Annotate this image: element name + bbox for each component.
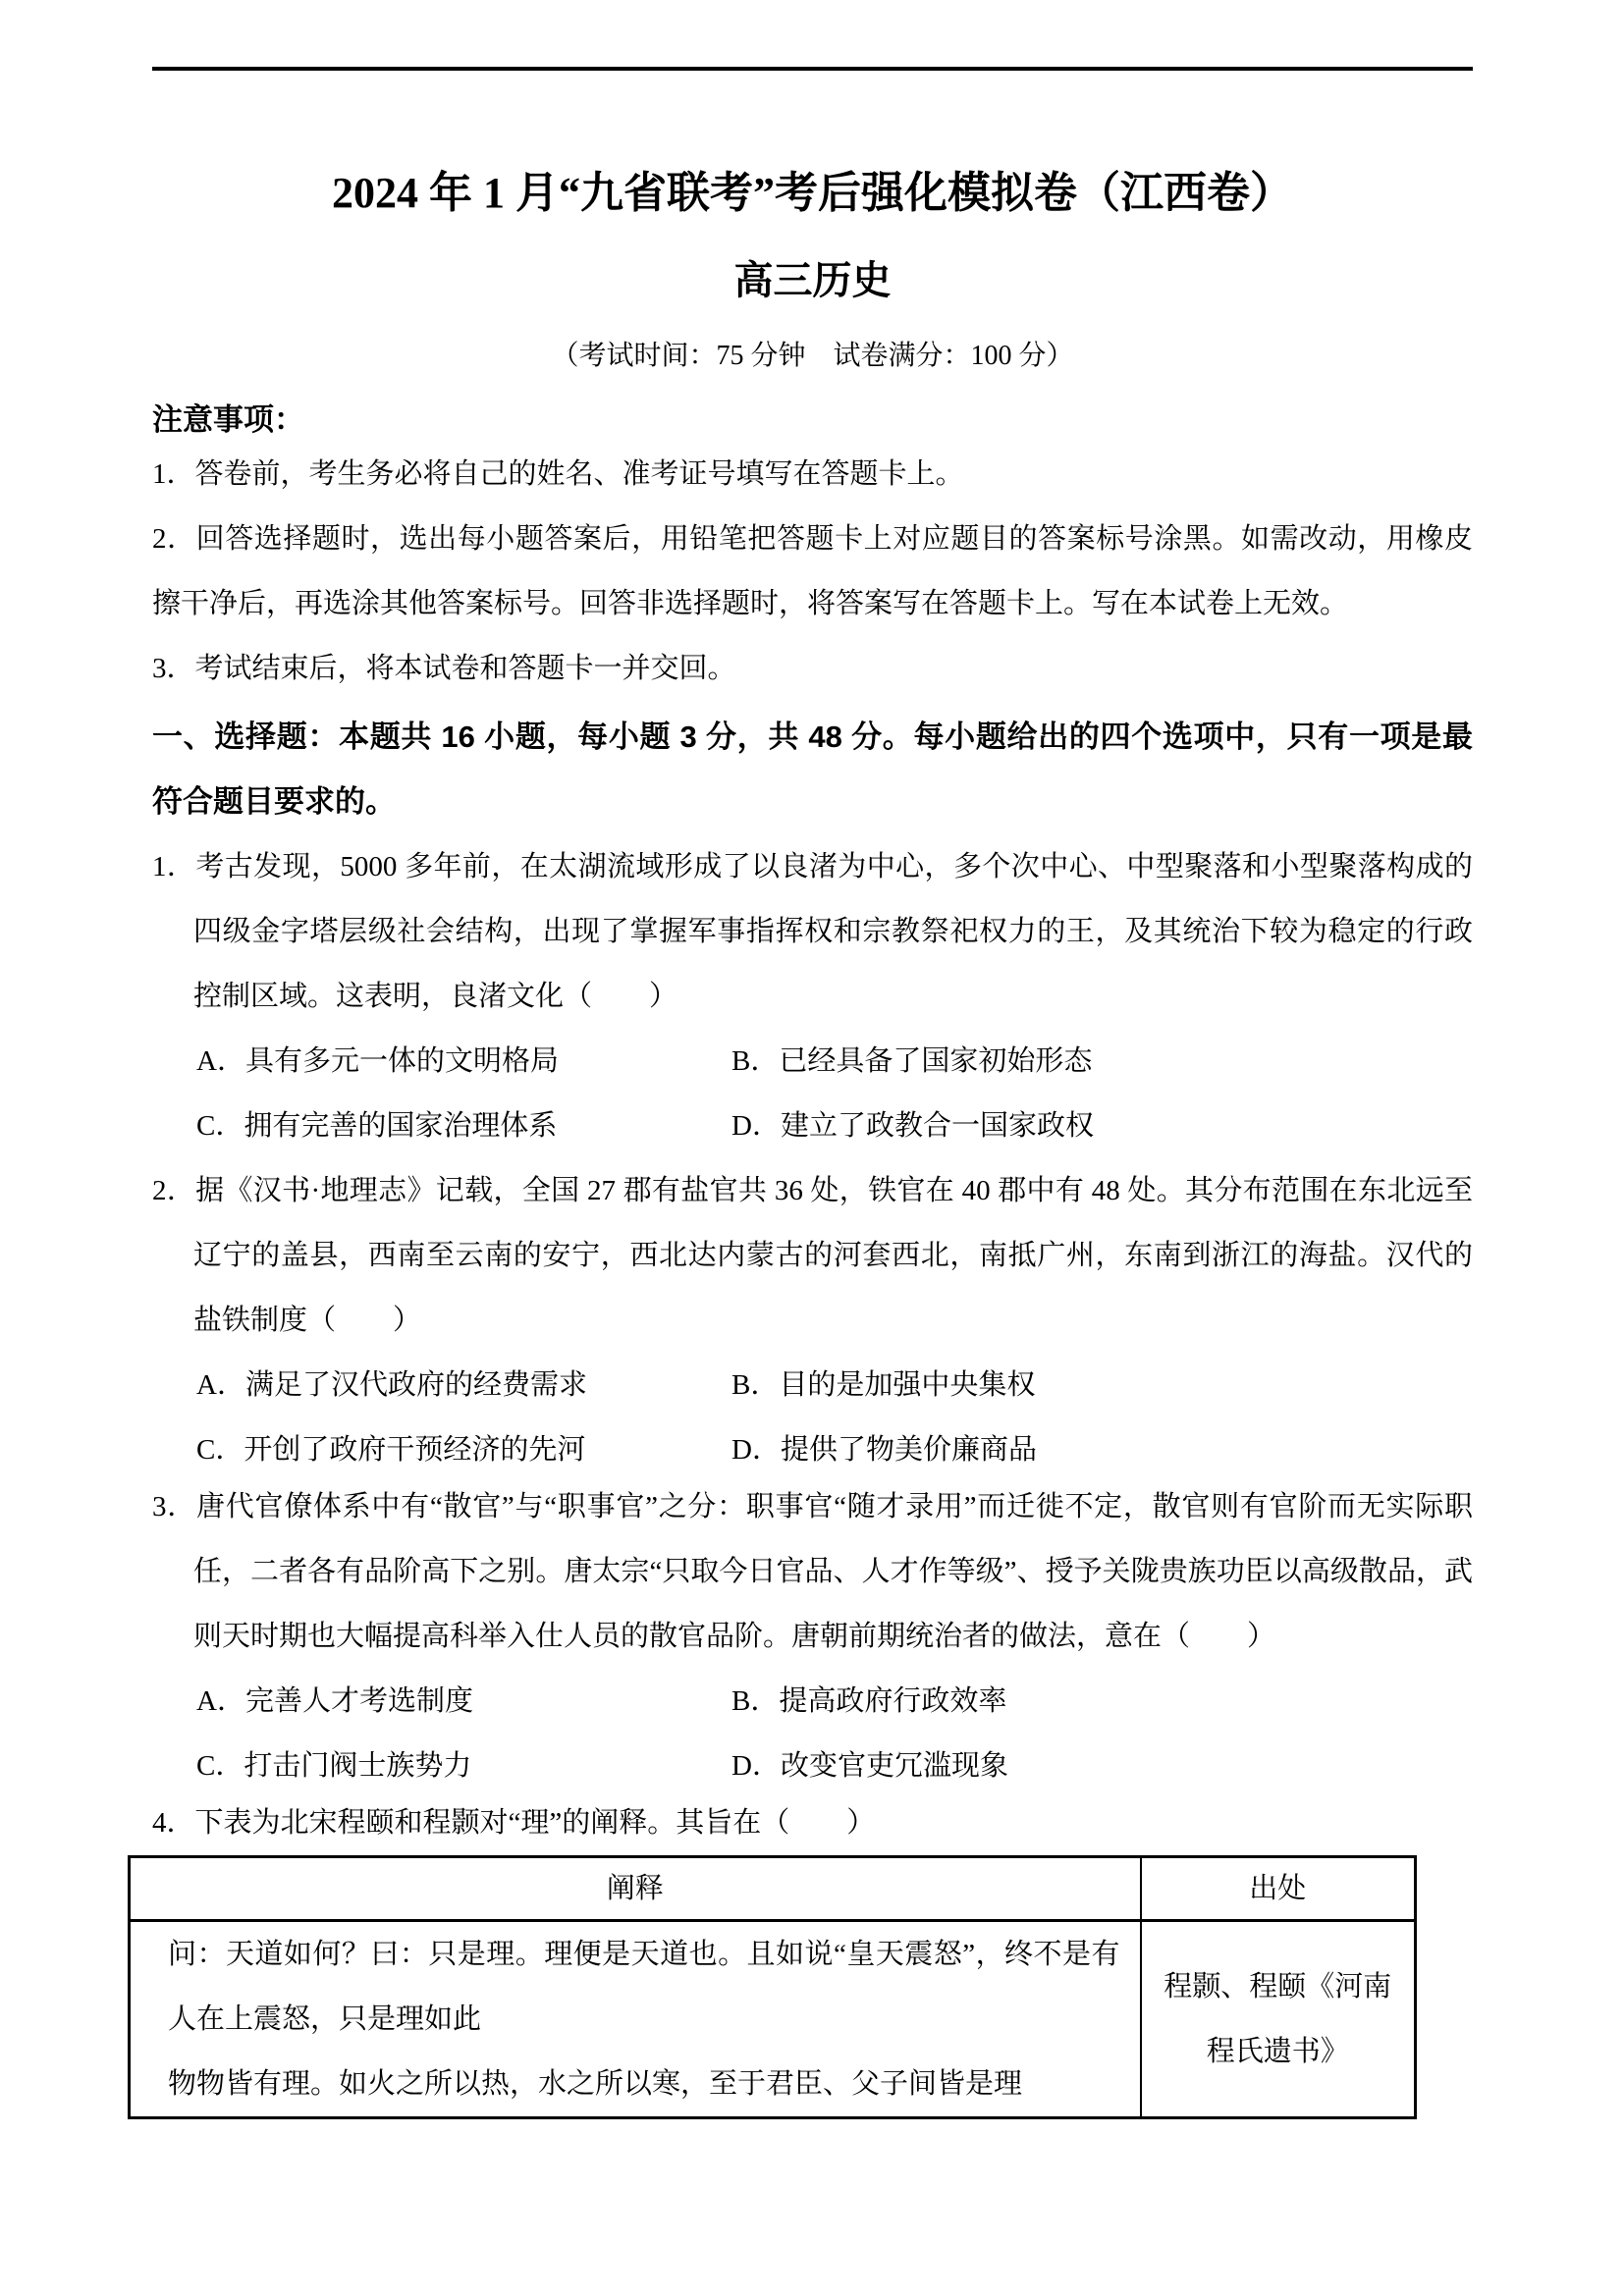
option-label: C． <box>196 1434 244 1466</box>
option-text: 建立了政教合一国家政权 <box>781 1110 1094 1142</box>
interpretation-paragraph-2: 物物皆有理。如火之所以热，水之所以寒，至于君臣、父子间皆是理 <box>168 2052 1120 2116</box>
question-stem: 2．据《汉书·地理志》记载，全国 27 郡有盐官共 36 处，铁官在 40 郡中… <box>152 1158 1473 1353</box>
exam-paper-page: 2024 年 1 月“九省联考”考后强化模拟卷（江西卷） 高三历史 （考试时间：… <box>0 0 1624 2296</box>
option-text: 已经具备了国家初始形态 <box>779 1045 1092 1077</box>
table-cell-interpretation: 问：天道如何？曰：只是理。理便是天道也。且如说“皇天震怒”，终不是有人在上震怒，… <box>130 1921 1141 2118</box>
option-label: A． <box>196 1045 245 1077</box>
question-text: 下表为北宋程颐和程颢对“理”的阐释。其旨在（ ） <box>195 1807 876 1839</box>
option-label: A． <box>196 1685 245 1717</box>
table-header-interpretation: 阐释 <box>130 1857 1141 1921</box>
option-text: 目的是加强中央集权 <box>779 1369 1035 1401</box>
question-stem: 1．考古发现，5000 多年前，在太湖流域形成了以良渚为中心，多个次中心、中型聚… <box>152 834 1473 1029</box>
question-text: 唐代官僚体系中有“散官”与“职事官”之分：职事官“随才录用”而迁徙不定，散官则有… <box>193 1491 1473 1652</box>
option-row: C．开创了政府干预经济的先河 D．提供了物美价廉商品 <box>152 1417 1473 1482</box>
header-rule <box>152 67 1473 71</box>
option-label: A． <box>196 1369 245 1401</box>
question-text: 考古发现，5000 多年前，在太湖流域形成了以良渚为中心，多个次中心、中型聚落和… <box>193 851 1473 1012</box>
option-a: A．完善人才考选制度 <box>196 1669 731 1734</box>
option-text: 提供了物美价廉商品 <box>781 1434 1037 1466</box>
option-row: C．打击门阀士族势力 D．改变官吏冗滥现象 <box>152 1734 1473 1798</box>
notice-item-2: 2．回答选择题时，选出每小题答案后，用铅笔把答题卡上对应题目的答案标号涂黑。如需… <box>152 507 1473 636</box>
option-text: 满足了汉代政府的经费需求 <box>245 1369 587 1401</box>
option-a: A．满足了汉代政府的经费需求 <box>196 1353 731 1417</box>
option-label: B． <box>731 1045 779 1077</box>
section-heading-choice: 一、选择题：本题共 16 小题，每小题 3 分，共 48 分。每小题给出的四个选… <box>152 705 1473 834</box>
option-label: D． <box>731 1110 781 1142</box>
question-1: 1．考古发现，5000 多年前，在太湖流域形成了以良渚为中心，多个次中心、中型聚… <box>152 834 1473 1158</box>
page-content: 2024 年 1 月“九省联考”考后强化模拟卷（江西卷） 高三历史 （考试时间：… <box>152 0 1473 2119</box>
table-row: 问：天道如何？曰：只是理。理便是天道也。且如说“皇天震怒”，终不是有人在上震怒，… <box>130 1921 1416 2118</box>
option-d: D．提供了物美价廉商品 <box>731 1417 1037 1482</box>
option-row: A．具有多元一体的文明格局 B．已经具备了国家初始形态 <box>152 1029 1473 1094</box>
option-label: B． <box>731 1685 779 1717</box>
question-stem: 3．唐代官僚体系中有“散官”与“职事官”之分：职事官“随才录用”而迁徙不定，散官… <box>152 1474 1473 1669</box>
option-a: A．具有多元一体的文明格局 <box>196 1029 731 1094</box>
question-text: 据《汉书·地理志》记载，全国 27 郡有盐官共 36 处，铁官在 40 郡中有 … <box>193 1175 1473 1336</box>
option-label: B． <box>731 1369 779 1401</box>
notice-list: 1．答卷前，考生务必将自己的姓名、准考证号填写在答题卡上。 2．回答选择题时，选… <box>152 442 1473 701</box>
q4-table: 阐释 出处 问：天道如何？曰：只是理。理便是天道也。且如说“皇天震怒”，终不是有… <box>128 1855 1417 2119</box>
table-header-row: 阐释 出处 <box>130 1857 1416 1921</box>
notice-item-3: 3．考试结束后，将本试卷和答题卡一并交回。 <box>152 636 1473 701</box>
option-text: 开创了政府干预经济的先河 <box>244 1434 585 1466</box>
option-d: D．建立了政教合一国家政权 <box>731 1094 1094 1158</box>
option-label: C． <box>196 1110 244 1142</box>
option-text: 提高政府行政效率 <box>779 1685 1006 1717</box>
question-number: 2． <box>152 1175 195 1206</box>
option-c: C．打击门阀士族势力 <box>196 1734 731 1798</box>
question-number: 1． <box>152 851 195 882</box>
option-c: C．拥有完善的国家治理体系 <box>196 1094 731 1158</box>
option-d: D．改变官吏冗滥现象 <box>731 1734 1008 1798</box>
exam-meta: （考试时间：75 分钟 试卷满分：100 分） <box>152 338 1473 375</box>
notice-heading: 注意事项： <box>152 399 1473 442</box>
option-row: A．完善人才考选制度 B．提高政府行政效率 <box>152 1669 1473 1734</box>
table-cell-source: 程颢、程颐《河南程氏遗书》 <box>1141 1921 1416 2118</box>
option-label: D． <box>731 1750 781 1782</box>
question-stem: 4．下表为北宋程颐和程颢对“理”的阐释。其旨在（ ） <box>152 1790 1473 1855</box>
option-row: A．满足了汉代政府的经费需求 B．目的是加强中央集权 <box>152 1353 1473 1417</box>
option-label: C． <box>196 1750 244 1782</box>
question-number: 4． <box>152 1807 195 1839</box>
question-number: 3． <box>152 1491 196 1522</box>
option-text: 改变官吏冗滥现象 <box>781 1750 1008 1782</box>
question-2: 2．据《汉书·地理志》记载，全国 27 郡有盐官共 36 处，铁官在 40 郡中… <box>152 1158 1473 1482</box>
interpretation-paragraph-1: 问：天道如何？曰：只是理。理便是天道也。且如说“皇天震怒”，终不是有人在上震怒，… <box>168 1922 1120 2052</box>
option-text: 具有多元一体的文明格局 <box>245 1045 559 1077</box>
option-b: B．目的是加强中央集权 <box>731 1353 1035 1417</box>
question-4: 4．下表为北宋程颐和程颢对“理”的阐释。其旨在（ ） 阐释 出处 问：天道如何？… <box>152 1790 1473 2119</box>
notice-item-1: 1．答卷前，考生务必将自己的姓名、准考证号填写在答题卡上。 <box>152 442 1473 507</box>
option-text: 完善人才考选制度 <box>245 1685 473 1717</box>
option-row: C．拥有完善的国家治理体系 D．建立了政教合一国家政权 <box>152 1094 1473 1158</box>
option-c: C．开创了政府干预经济的先河 <box>196 1417 731 1482</box>
page-subtitle: 高三历史 <box>152 259 1473 302</box>
option-label: D． <box>731 1434 781 1466</box>
option-text: 打击门阀士族势力 <box>244 1750 471 1782</box>
option-b: B．已经具备了国家初始形态 <box>731 1029 1092 1094</box>
question-3: 3．唐代官僚体系中有“散官”与“职事官”之分：职事官“随才录用”而迁徙不定，散官… <box>152 1474 1473 1798</box>
option-b: B．提高政府行政效率 <box>731 1669 1006 1734</box>
table-header-source: 出处 <box>1141 1857 1416 1921</box>
page-title: 2024 年 1 月“九省联考”考后强化模拟卷（江西卷） <box>152 169 1473 218</box>
option-text: 拥有完善的国家治理体系 <box>244 1110 557 1142</box>
